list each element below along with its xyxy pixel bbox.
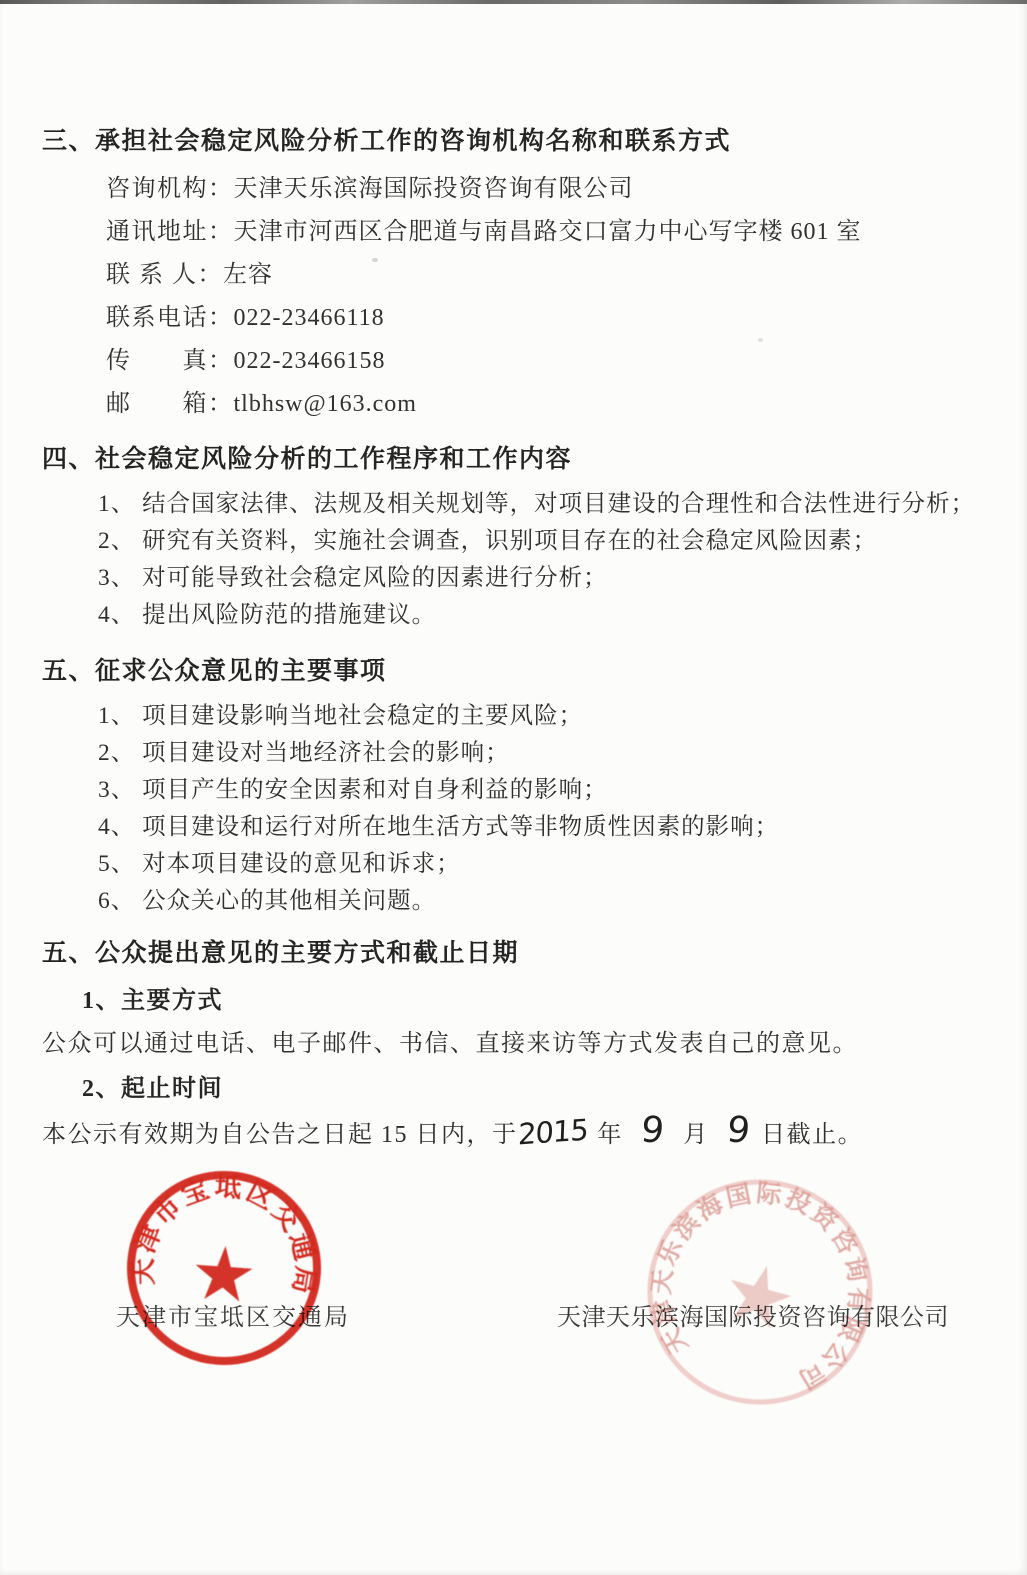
section-3-heading: 三、承担社会稳定风险分析工作的咨询机构名称和联系方式 — [42, 126, 987, 158]
list-item: 3、 对可能导致社会稳定风险的因素进行分析； — [98, 566, 987, 591]
contact-label: 咨询机构： — [106, 176, 234, 202]
document-body: 三、承担社会稳定风险分析工作的咨询机构名称和联系方式 咨询机构：天津天乐滨海国际… — [0, 0, 1027, 1150]
contact-line-agency: 咨询机构：天津天乐滨海国际投资咨询有限公司 — [106, 176, 987, 203]
star-icon — [721, 1258, 797, 1332]
handwritten-year: 2015 — [517, 1114, 588, 1149]
subsection-1-title: 1、主要方式 — [82, 988, 987, 1014]
contact-value: 022-23466158 — [234, 348, 386, 374]
contact-label: 联系电话： — [106, 305, 234, 331]
list-item: 4、 提出风险防范的措施建议。 — [98, 603, 987, 628]
contact-block: 咨询机构：天津天乐滨海国际投资咨询有限公司 通讯地址：天津市河西区合肥道与南昌路… — [106, 176, 987, 418]
contact-label: 通讯地址： — [106, 219, 234, 245]
scanned-document-page: 三、承担社会稳定风险分析工作的咨询机构名称和联系方式 咨询机构：天津天乐滨海国际… — [0, 0, 1027, 1575]
scan-noise — [372, 258, 378, 262]
list-item: 2、 项目建设对当地经济社会的影响； — [98, 741, 987, 766]
handwritten-day: 9 — [726, 1120, 752, 1141]
section-4-list: 1、 结合国家法律、法规及相关规划等，对项目建设的合理性和合法性进行分析； 2、… — [98, 492, 987, 628]
subsection-2-title: 2、起止时间 — [82, 1076, 987, 1102]
contact-value: tlbhsw@163.com — [234, 391, 417, 417]
list-item: 3、 项目产生的安全因素和对自身利益的影响； — [98, 778, 987, 803]
contact-line-email: 邮 箱：tlbhsw@163.com — [106, 391, 987, 418]
contact-label: 邮 箱： — [106, 391, 234, 417]
month-unit: 月 — [683, 1122, 709, 1148]
section-5-heading: 五、征求公众意见的主要事项 — [42, 656, 987, 688]
section-6-heading: 五、公众提出意见的主要方式和截止日期 — [42, 938, 987, 970]
star-icon — [193, 1244, 254, 1302]
contact-line-person: 联 系 人：左容 — [106, 262, 987, 289]
subsection-1-body: 公众可以通过电话、电子邮件、书信、直接来访等方式发表自己的意见。 — [42, 1031, 987, 1058]
scan-noise — [758, 338, 763, 342]
list-item: 6、 公众关心的其他相关问题。 — [98, 889, 987, 914]
section-4-heading: 四、社会稳定风险分析的工作程序和工作内容 — [42, 444, 987, 476]
contact-line-address: 通讯地址：天津市河西区合肥道与南昌路交口富力中心写字楼 601 室 — [106, 219, 987, 246]
deadline-line: 本公示有效期为自公告之日起 15 日内，于2015年9月9日截止。 — [42, 1117, 987, 1150]
list-item: 5、 对本项目建设的意见和诉求； — [98, 852, 987, 877]
contact-value: 天津市河西区合肥道与南昌路交口富力中心写字楼 601 室 — [234, 219, 862, 245]
list-item: 4、 项目建设和运行对所在地生活方式等非物质性因素的影响； — [98, 815, 987, 840]
right-company-seal: 天津天乐滨海国际投资咨询有限公司 — [626, 1158, 894, 1426]
contact-label: 传 真： — [106, 348, 234, 374]
list-item: 2、 研究有关资料，实施社会调查，识别项目存在的社会稳定风险因素； — [98, 529, 987, 554]
scan-edge-artifact — [0, 0, 1027, 4]
handwritten-month: 9 — [640, 1120, 666, 1141]
section-5-list: 1、 项目建设影响当地社会稳定的主要风险； 2、 项目建设对当地经济社会的影响；… — [98, 704, 987, 914]
contact-value: 左容 — [223, 262, 273, 288]
contact-label: 联 系 人： — [106, 262, 223, 288]
contact-line-fax: 传 真：022-23466158 — [106, 348, 987, 375]
day-unit: 日截止。 — [761, 1122, 863, 1148]
contact-value: 天津天乐滨海国际投资咨询有限公司 — [234, 176, 634, 202]
deadline-prefix: 本公示有效期为自公告之日起 15 日内，于 — [42, 1122, 518, 1148]
year-unit: 年 — [597, 1122, 623, 1148]
list-item: 1、 项目建设影响当地社会稳定的主要风险； — [98, 704, 987, 729]
contact-value: 022-23466118 — [234, 305, 385, 331]
left-official-seal: 天津市宝坻区交通局 — [112, 1156, 336, 1380]
contact-line-phone: 联系电话：022-23466118 — [106, 305, 987, 332]
list-item: 1、 结合国家法律、法规及相关规划等，对项目建设的合理性和合法性进行分析； — [98, 492, 987, 517]
